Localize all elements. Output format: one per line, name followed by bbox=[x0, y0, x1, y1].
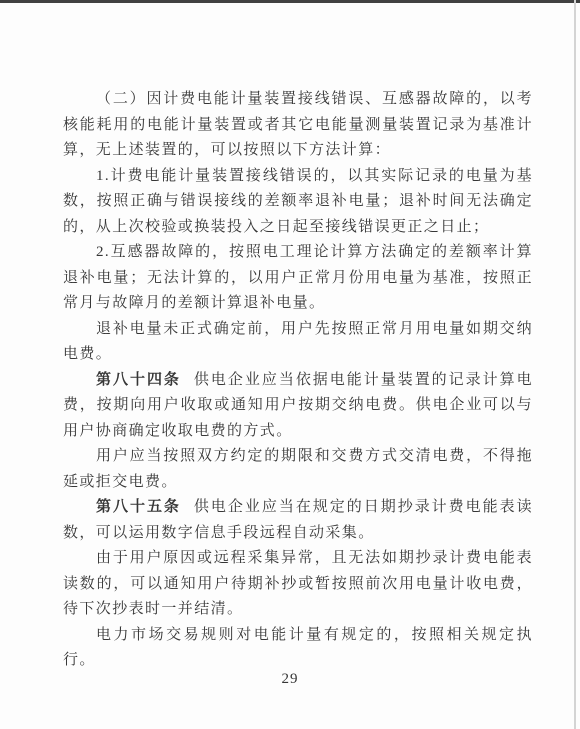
document-page: （二）因计费电能计量装置接线错误、互感器故障的，以考核能耗用的电能计量装置或者其… bbox=[0, 0, 580, 729]
scan-right-edge-line bbox=[574, 0, 576, 729]
page-number: 29 bbox=[0, 671, 580, 688]
paragraph: 第八十四条供电企业应当依据电能计量装置的记录计算电费，按期向用户收取或通知用户按… bbox=[63, 368, 533, 445]
paragraph: 1.计费电能计量装置接线错误的，以其实际记录的电量为基数，按照正确与错误接线的差… bbox=[63, 164, 533, 241]
paragraph: 退补电量未正式确定前，用户先按照正常月用电量如期交纳电费。 bbox=[63, 317, 533, 368]
paragraph: 2.互感器故障的，按照电工理论计算方法确定的差额率计算退补电量；无法计算的，以用… bbox=[63, 240, 533, 317]
paragraph: 电力市场交易规则对电能计量有规定的，按照相关规定执行。 bbox=[63, 623, 533, 674]
scan-top-edge-line bbox=[0, 0, 580, 3]
document-body: （二）因计费电能计量装置接线错误、互感器故障的，以考核能耗用的电能计量装置或者其… bbox=[63, 87, 533, 674]
paragraph: 第八十五条供电企业应当在规定的日期抄录计费电能表读数，可以运用数字信息手段远程自… bbox=[63, 495, 533, 546]
paragraph: 用户应当按照双方约定的期限和交费方式交清电费，不得拖延或拒交电费。 bbox=[63, 444, 533, 495]
paragraph: 由于用户原因或远程采集异常，且无法如期抄录计费电能表读数的，可以通知用户待期补抄… bbox=[63, 546, 533, 623]
article-number: 第八十五条 bbox=[96, 499, 181, 515]
article-number: 第八十四条 bbox=[96, 372, 181, 388]
paragraph: （二）因计费电能计量装置接线错误、互感器故障的，以考核能耗用的电能计量装置或者其… bbox=[63, 87, 533, 164]
